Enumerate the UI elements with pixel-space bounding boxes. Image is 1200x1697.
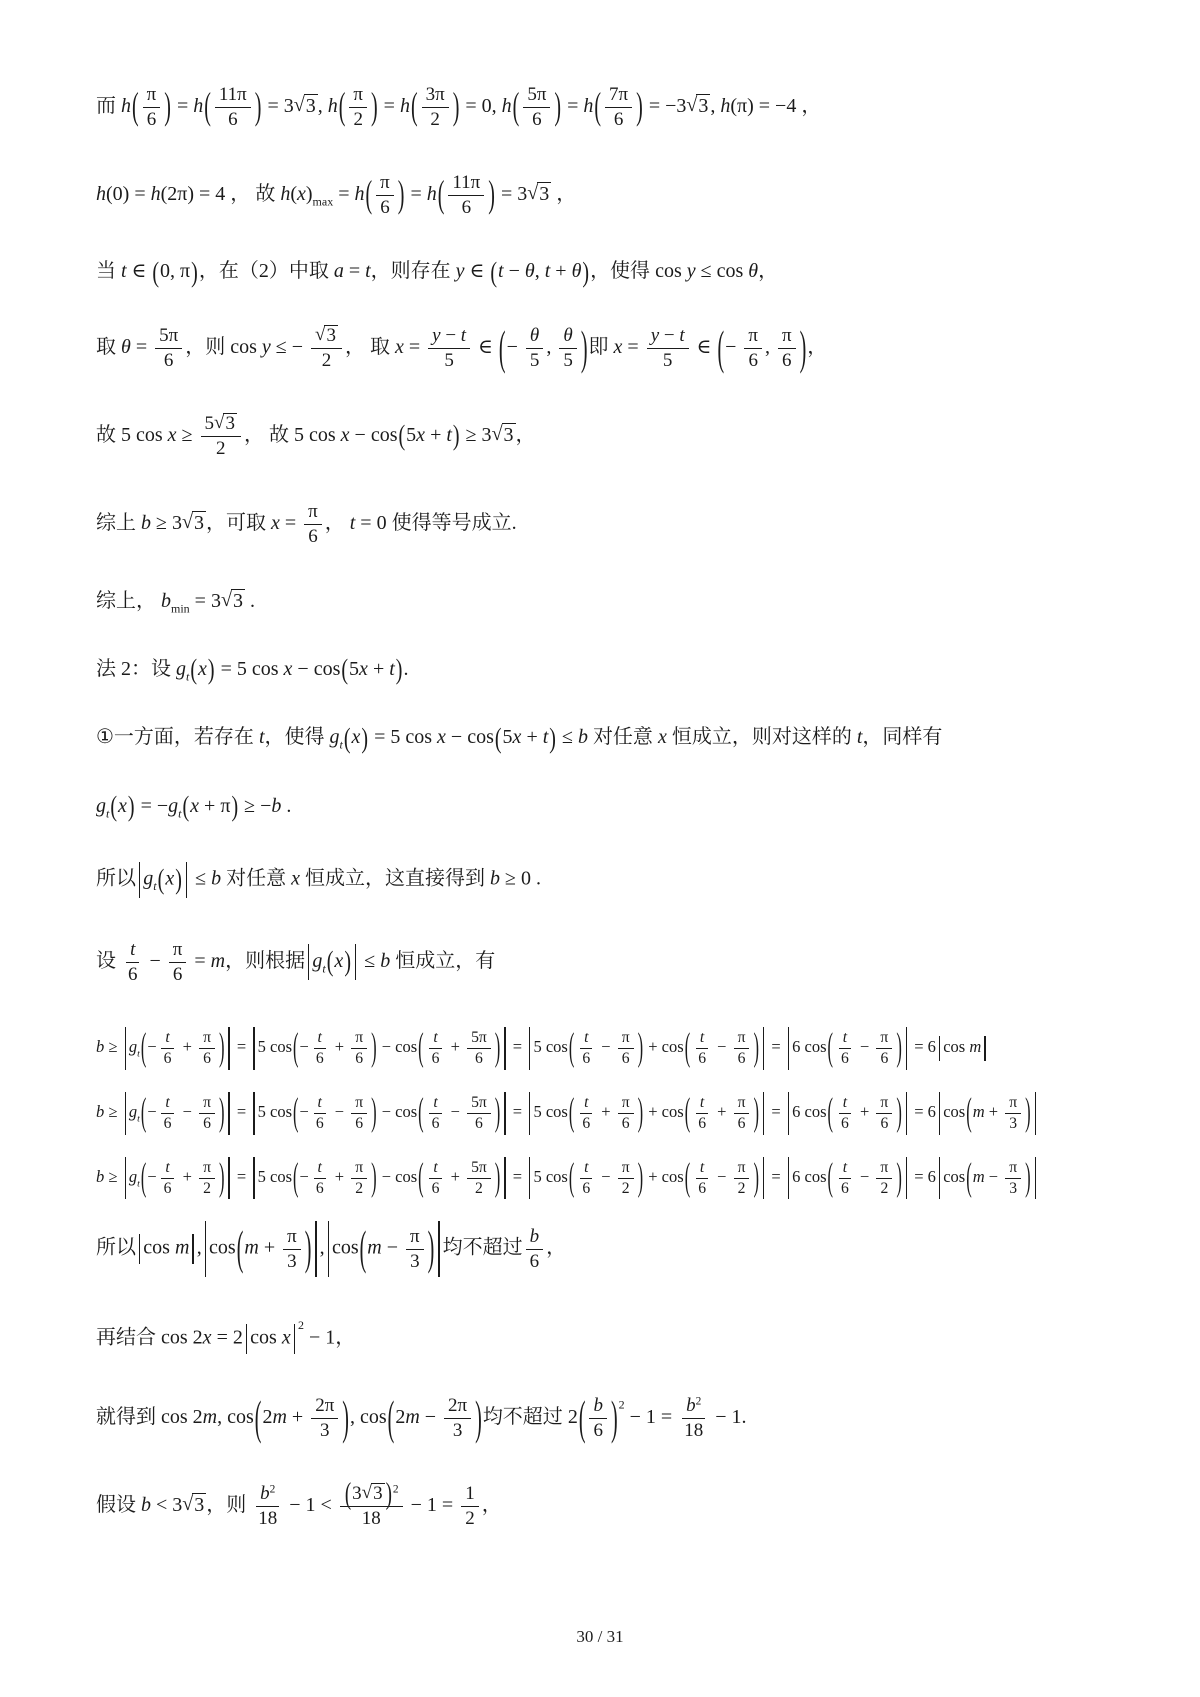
fraction: π3 bbox=[283, 1226, 301, 1273]
stretchy-paren: ) bbox=[370, 1158, 378, 1198]
cjk-text: 假设 bbox=[96, 1494, 141, 1516]
fraction: 5π6 bbox=[155, 325, 182, 372]
stretchy-paren: ) bbox=[360, 725, 369, 753]
abs-bar bbox=[228, 1092, 229, 1135]
italic-variable: h bbox=[193, 95, 203, 117]
italic-variable: b bbox=[96, 1102, 104, 1121]
stretchy-paren: ( bbox=[365, 176, 374, 214]
stretchy-paren: ( bbox=[716, 325, 725, 373]
fraction: t6 bbox=[837, 1029, 853, 1068]
cjk-text: ， bbox=[807, 336, 827, 358]
cjk-text: 所以 bbox=[96, 1237, 136, 1259]
italic-variable: t bbox=[584, 1159, 588, 1176]
stretchy-paren: ) bbox=[230, 793, 239, 821]
roman-text: 2 bbox=[270, 1484, 276, 1496]
roman-text: 18 bbox=[684, 1420, 703, 1441]
stretchy-paren: ( bbox=[340, 656, 349, 684]
italic-variable: t bbox=[318, 1159, 322, 1176]
roman-text: 6 bbox=[380, 197, 390, 218]
stretchy-paren: ( bbox=[498, 325, 507, 373]
math-line: 再结合 cos 2x = 2cos x2 − 1， bbox=[96, 1318, 1120, 1354]
stretchy-paren: ) bbox=[548, 725, 557, 753]
roman-text: ≥ bbox=[104, 1037, 121, 1056]
italic-variable: θ bbox=[572, 260, 582, 282]
stretchy-paren: ) bbox=[1024, 1158, 1032, 1198]
italic-variable: h bbox=[720, 95, 730, 117]
fraction: 2π3 bbox=[311, 1395, 338, 1442]
fraction: y − t5 bbox=[647, 325, 689, 372]
roman-text: π bbox=[748, 325, 758, 346]
stretchy-paren: ) bbox=[752, 1158, 760, 1198]
roman-text: , bbox=[546, 336, 556, 358]
roman-text: = bbox=[509, 1037, 527, 1056]
sqrt-radical: √3 bbox=[182, 511, 206, 536]
fraction: π2 bbox=[734, 1159, 750, 1198]
italic-variable: b bbox=[380, 950, 390, 972]
abs-bar bbox=[246, 1324, 247, 1354]
roman-text: cos bbox=[332, 1237, 359, 1259]
roman-text: 2 bbox=[353, 109, 363, 130]
fraction: π6 bbox=[169, 939, 187, 986]
roman-text: 6 bbox=[841, 1180, 849, 1197]
stretchy-paren: ( bbox=[494, 725, 503, 753]
sqrt-radical: √3 bbox=[294, 94, 318, 119]
roman-text: − cos bbox=[350, 424, 398, 446]
roman-text: 6 bbox=[432, 1115, 440, 1132]
roman-text: + bbox=[425, 424, 446, 446]
roman-text: + bbox=[179, 1037, 197, 1056]
roman-text: ∈ bbox=[127, 260, 152, 282]
italic-variable: t bbox=[843, 1094, 847, 1111]
roman-text: cos bbox=[943, 1167, 965, 1186]
italic-variable: t bbox=[433, 1094, 437, 1111]
roman-text: ≥ bbox=[104, 1167, 121, 1186]
roman-text: 1 bbox=[465, 1483, 475, 1504]
math-line: 取 θ = 5π6，则 cos y ≤ − √32， 取 x = y − t5 … bbox=[96, 325, 1120, 372]
stretchy-paren: ) bbox=[895, 1158, 903, 1198]
roman-text: 2 bbox=[395, 1406, 405, 1428]
italic-variable: x bbox=[198, 658, 207, 680]
stretchy-paren: ( bbox=[965, 1093, 973, 1133]
stretchy-paren: ( bbox=[568, 1093, 576, 1133]
roman-text: 3 bbox=[306, 95, 316, 117]
cjk-text: 所以 bbox=[96, 868, 136, 890]
roman-text: π bbox=[355, 1159, 363, 1176]
roman-text: ≤ cos bbox=[696, 260, 749, 282]
italic-variable: h bbox=[280, 183, 290, 205]
roman-text: 2 bbox=[475, 1180, 483, 1197]
italic-variable: t bbox=[584, 1029, 588, 1046]
roman-text: + bbox=[368, 658, 389, 680]
roman-text: 6 bbox=[164, 1180, 172, 1197]
roman-text: 5π bbox=[471, 1029, 487, 1046]
abs-bar bbox=[939, 1157, 940, 1200]
roman-text: , bbox=[318, 95, 328, 117]
stretchy-paren: ) bbox=[752, 1028, 760, 1068]
stretchy-paren: ( bbox=[181, 793, 190, 821]
italic-variable: b bbox=[593, 1395, 603, 1416]
stretchy-paren: ) bbox=[370, 1028, 378, 1068]
stretchy-paren: ( bbox=[827, 1093, 835, 1133]
stretchy-paren: ) bbox=[218, 1028, 226, 1068]
roman-text: 18 bbox=[362, 1508, 381, 1529]
roman-text: , bbox=[710, 95, 720, 117]
stretchy-paren: ) bbox=[343, 948, 352, 976]
roman-text: + bbox=[713, 1102, 731, 1121]
math-line: ①一方面，若存在 t，使得 gt(x) = 5 cos x − cos(5x +… bbox=[96, 725, 1120, 752]
italic-variable: t bbox=[679, 325, 684, 346]
roman-text: π bbox=[203, 1159, 211, 1176]
abs-bar bbox=[315, 1221, 316, 1277]
italic-variable: x bbox=[190, 795, 199, 817]
roman-text: − bbox=[147, 1167, 156, 1186]
cjk-text: 当 bbox=[96, 260, 121, 282]
superscript: 2 bbox=[393, 1484, 399, 1496]
cjk-text: 对任意 bbox=[588, 726, 658, 748]
roman-text: 2 bbox=[738, 1180, 746, 1197]
roman-text: 6 bbox=[698, 1050, 706, 1067]
sqrt-radical: √3 bbox=[362, 1483, 385, 1505]
italic-variable: m bbox=[175, 1237, 189, 1259]
roman-text: = 6 bbox=[910, 1167, 936, 1186]
cjk-text: 故 bbox=[255, 183, 280, 205]
stretchy-paren: ( bbox=[338, 88, 347, 126]
roman-text: = bbox=[622, 336, 643, 358]
math-line: b ≥ gt(−t6 + π2) = 5 cos(−t6 + π2) − cos… bbox=[96, 1157, 1120, 1200]
abs-bar bbox=[186, 862, 187, 898]
roman-text: min bbox=[171, 601, 190, 615]
roman-text: 6 bbox=[203, 1115, 211, 1132]
fraction: π6 bbox=[618, 1094, 634, 1133]
fraction: π6 bbox=[734, 1094, 750, 1133]
abs-bar bbox=[228, 1157, 229, 1200]
italic-variable: x bbox=[297, 183, 306, 205]
roman-text: 2 bbox=[322, 350, 332, 371]
stretchy-paren: ( bbox=[292, 1093, 300, 1133]
stretchy-paren: ( bbox=[236, 1225, 245, 1273]
math-line: 就得到 cos 2m, cos(2m + 2π3), cos(2m − 2π3)… bbox=[96, 1395, 1120, 1442]
fraction: π6 bbox=[876, 1029, 892, 1068]
roman-text: − cos bbox=[378, 1037, 418, 1056]
stretchy-paren: ) bbox=[427, 1225, 436, 1273]
fraction: 7π6 bbox=[605, 84, 632, 131]
fraction: θ5 bbox=[526, 325, 544, 372]
sqrt-radical: √3 bbox=[686, 94, 710, 119]
roman-text: = 5 cos bbox=[369, 726, 437, 748]
stretchy-paren: ( bbox=[326, 948, 335, 976]
fraction: t6 bbox=[160, 1159, 176, 1198]
italic-variable: t bbox=[461, 325, 466, 346]
fraction: π6 bbox=[304, 501, 322, 548]
stretchy-paren: ) bbox=[370, 88, 379, 126]
roman-text: 6 bbox=[128, 964, 138, 985]
math-line: 而 h(π6) = h(11π6) = 3√3, h(π2) = h(3π2) … bbox=[96, 84, 1120, 131]
italic-variable: x bbox=[437, 726, 446, 748]
roman-text: 5 cos bbox=[533, 1102, 567, 1121]
roman-text: 6 bbox=[622, 1050, 630, 1067]
roman-text: 6 bbox=[698, 1180, 706, 1197]
roman-text: π bbox=[355, 1029, 363, 1046]
italic-variable: g bbox=[168, 795, 178, 817]
roman-text: = bbox=[233, 1167, 251, 1186]
roman-text: . bbox=[403, 658, 408, 680]
stretchy-paren: ( bbox=[131, 88, 140, 126]
roman-text: π bbox=[622, 1029, 630, 1046]
roman-text: π bbox=[203, 1094, 211, 1111]
fraction: π6 bbox=[734, 1029, 750, 1068]
roman-text: − bbox=[420, 1406, 441, 1428]
italic-variable: t bbox=[433, 1159, 437, 1176]
fraction: θ5 bbox=[559, 325, 577, 372]
italic-variable: m bbox=[405, 1406, 419, 1428]
roman-text: 6 bbox=[164, 350, 174, 371]
roman-text: 11π bbox=[219, 84, 247, 105]
italic-variable: b bbox=[490, 868, 500, 890]
roman-text: 5 bbox=[406, 424, 416, 446]
fraction: π2 bbox=[199, 1159, 215, 1198]
abs-bar bbox=[529, 1027, 530, 1070]
roman-text: − 1 = bbox=[406, 1494, 459, 1516]
fraction: π6 bbox=[199, 1029, 215, 1068]
stretchy-paren: ( bbox=[151, 259, 160, 287]
roman-text: 5π bbox=[527, 84, 546, 105]
roman-text: π bbox=[380, 172, 390, 193]
roman-text: − bbox=[382, 1237, 403, 1259]
roman-text: . bbox=[245, 590, 255, 612]
roman-text: π bbox=[880, 1094, 888, 1111]
italic-variable: x bbox=[291, 868, 300, 890]
abs-bar bbox=[763, 1157, 764, 1200]
roman-text: cos bbox=[209, 1237, 236, 1259]
fraction: 12 bbox=[461, 1483, 479, 1530]
italic-variable: x bbox=[282, 1327, 291, 1349]
roman-text: 6 bbox=[748, 350, 758, 371]
italic-variable: h bbox=[502, 95, 512, 117]
italic-variable: t bbox=[584, 1094, 588, 1111]
roman-text: π bbox=[880, 1159, 888, 1176]
roman-text: (2π) = 4 ， bbox=[161, 183, 256, 205]
roman-text: − bbox=[147, 1037, 156, 1056]
superscript: 2 bbox=[270, 1484, 276, 1496]
roman-text: 11π bbox=[452, 172, 480, 193]
cjk-text: 恒成立，这直接得到 bbox=[300, 868, 490, 890]
stretchy-paren: ) bbox=[304, 1225, 313, 1273]
stretchy-paren: ) bbox=[452, 88, 461, 126]
roman-text: + bbox=[259, 1237, 280, 1259]
fraction: t6 bbox=[428, 1029, 444, 1068]
abs-bar bbox=[205, 1221, 206, 1277]
italic-variable: b bbox=[211, 868, 221, 890]
stretchy-paren: ( bbox=[157, 866, 166, 894]
italic-variable: t bbox=[843, 1159, 847, 1176]
fraction: π2 bbox=[876, 1159, 892, 1198]
roman-text: ( bbox=[290, 183, 297, 205]
cjk-text: ①一方面，若存在 bbox=[96, 726, 259, 748]
roman-text: 5 cos bbox=[258, 1037, 292, 1056]
roman-text: , bbox=[765, 336, 775, 358]
cjk-text: 而 bbox=[96, 95, 121, 117]
stretchy-paren: ) bbox=[218, 1093, 226, 1133]
italic-variable: g bbox=[143, 868, 153, 890]
italic-variable: y bbox=[651, 325, 659, 346]
roman-text: 7π bbox=[609, 84, 628, 105]
roman-text: − bbox=[300, 1167, 309, 1186]
roman-text: = 3 bbox=[262, 95, 293, 117]
roman-text: = 3 bbox=[496, 183, 527, 205]
roman-text: − bbox=[504, 260, 525, 282]
roman-text: 6 bbox=[316, 1050, 324, 1067]
roman-text: ≥ − bbox=[239, 795, 271, 817]
roman-text: − bbox=[300, 1037, 309, 1056]
page-number: 30 / 31 bbox=[0, 1627, 1200, 1647]
roman-text: 3 bbox=[194, 512, 204, 534]
fraction: π6 bbox=[876, 1094, 892, 1133]
stretchy-paren: ( bbox=[254, 1395, 263, 1443]
stretchy-paren: ) bbox=[127, 793, 136, 821]
roman-text: 3 bbox=[225, 413, 235, 434]
roman-text: 6 bbox=[228, 109, 238, 130]
abs-bar bbox=[308, 944, 309, 980]
math-line: gt(x) = −gt(x + π) ≥ −b . bbox=[96, 794, 1120, 821]
abs-bar bbox=[788, 1027, 789, 1070]
roman-text: π bbox=[738, 1029, 746, 1046]
italic-variable: m bbox=[203, 1406, 217, 1428]
abs-bar bbox=[529, 1157, 530, 1200]
cjk-text: ，则存在 bbox=[371, 260, 456, 282]
cjk-text: 再结合 bbox=[96, 1327, 161, 1349]
fraction: t6 bbox=[160, 1094, 176, 1133]
roman-text: = bbox=[131, 336, 152, 358]
roman-text: 6 bbox=[475, 1115, 483, 1132]
roman-text: 6 bbox=[880, 1115, 888, 1132]
abs-bar bbox=[355, 944, 356, 980]
stretchy-paren: ) bbox=[385, 1479, 393, 1509]
roman-text: 3 bbox=[326, 325, 336, 346]
cjk-text: ，使得 bbox=[265, 726, 330, 748]
roman-text: 3 bbox=[320, 1420, 330, 1441]
roman-text: = bbox=[233, 1102, 251, 1121]
roman-text: − cos bbox=[378, 1167, 418, 1186]
fraction: π2 bbox=[351, 1159, 367, 1198]
italic-variable: t bbox=[130, 939, 135, 960]
math-line: 综上 b ≥ 3√3，可取 x = π6， t = 0 使得等号成立. bbox=[96, 501, 1120, 548]
cjk-text: 故 bbox=[96, 424, 121, 446]
stretchy-paren: ) bbox=[752, 1093, 760, 1133]
roman-text: 3 bbox=[410, 1251, 420, 1272]
fraction: π6 bbox=[376, 172, 394, 219]
roman-text: + cos bbox=[644, 1037, 684, 1056]
roman-text: 2 bbox=[216, 438, 226, 459]
roman-text: (0) = bbox=[106, 183, 151, 205]
italic-variable: b bbox=[530, 1226, 540, 1247]
roman-text: − bbox=[856, 1167, 874, 1186]
fraction: t6 bbox=[837, 1159, 853, 1198]
abs-bar bbox=[228, 1027, 229, 1070]
stretchy-paren: ( bbox=[827, 1158, 835, 1198]
fraction: t6 bbox=[124, 939, 142, 986]
cjk-text: 使得等号成立. bbox=[392, 512, 517, 534]
roman-text: π bbox=[622, 1094, 630, 1111]
roman-text: π bbox=[203, 1029, 211, 1046]
roman-text: π bbox=[353, 84, 363, 105]
stretchy-paren: ) bbox=[494, 1093, 502, 1133]
italic-variable: b bbox=[686, 1395, 696, 1416]
roman-text: = bbox=[767, 1102, 785, 1121]
cjk-text: ， bbox=[758, 260, 778, 282]
italic-variable: x bbox=[359, 658, 368, 680]
italic-variable: θ bbox=[530, 325, 539, 346]
stretchy-paren: ( bbox=[292, 1028, 300, 1068]
abs-bar bbox=[788, 1157, 789, 1200]
stretchy-paren: ( bbox=[387, 1395, 396, 1443]
roman-text: − bbox=[597, 1167, 615, 1186]
italic-variable: b bbox=[96, 1037, 104, 1056]
sqrt-radical: √3 bbox=[315, 325, 338, 347]
cjk-text: ， bbox=[325, 512, 350, 534]
italic-variable: t bbox=[318, 1094, 322, 1111]
stretchy-paren: ) bbox=[190, 259, 199, 287]
fraction: 5π6 bbox=[467, 1029, 491, 1068]
roman-text: = bbox=[344, 260, 365, 282]
italic-variable: t bbox=[700, 1029, 704, 1046]
roman-text: 5 bbox=[205, 413, 215, 434]
roman-text: = bbox=[509, 1102, 527, 1121]
roman-text: 5π bbox=[159, 325, 178, 346]
stretchy-paren: ) bbox=[452, 422, 461, 450]
abs-bar bbox=[125, 1157, 126, 1200]
roman-text: − 1 bbox=[304, 1327, 335, 1349]
roman-text: cos bbox=[230, 336, 262, 358]
italic-variable: m bbox=[973, 1167, 985, 1186]
roman-text: 6 cos bbox=[792, 1102, 826, 1121]
roman-text: 2π bbox=[315, 1395, 334, 1416]
roman-text: + bbox=[550, 260, 571, 282]
roman-text: 6 bbox=[593, 1420, 603, 1441]
stretchy-paren: ) bbox=[580, 325, 589, 373]
roman-text: 6 bbox=[782, 350, 792, 371]
roman-text: − bbox=[725, 336, 741, 358]
cjk-text: ，使得 bbox=[590, 260, 655, 282]
roman-text: 5 cos bbox=[258, 1102, 292, 1121]
roman-text: 6 bbox=[841, 1050, 849, 1067]
roman-text: ≥ 0 . bbox=[500, 868, 541, 890]
roman-text: ∈ bbox=[692, 336, 717, 358]
italic-variable: m bbox=[244, 1237, 258, 1259]
italic-variable: h bbox=[328, 95, 338, 117]
abs-bar bbox=[763, 1092, 764, 1135]
abs-bar bbox=[763, 1027, 764, 1070]
fraction: 11π6 bbox=[215, 84, 251, 131]
abs-bar bbox=[939, 1092, 940, 1135]
italic-variable: g bbox=[330, 726, 340, 748]
roman-text: 3 bbox=[287, 1251, 297, 1272]
stretchy-paren: ( bbox=[684, 1158, 692, 1198]
roman-text: − bbox=[441, 325, 461, 346]
roman-text: , cos bbox=[350, 1406, 387, 1428]
roman-text: 2 bbox=[430, 109, 440, 130]
fraction: t6 bbox=[312, 1094, 328, 1133]
roman-text: 6 bbox=[880, 1050, 888, 1067]
superscript: 2 bbox=[696, 1396, 702, 1408]
fraction: t6 bbox=[578, 1159, 594, 1198]
fraction: 5π6 bbox=[467, 1094, 491, 1133]
fraction: b218 bbox=[254, 1483, 281, 1530]
stretchy-paren: ( bbox=[343, 725, 352, 753]
italic-variable: m bbox=[272, 1406, 286, 1428]
italic-variable: a bbox=[334, 260, 344, 282]
roman-text: 6 bbox=[316, 1115, 324, 1132]
roman-text: cos bbox=[250, 1327, 282, 1349]
